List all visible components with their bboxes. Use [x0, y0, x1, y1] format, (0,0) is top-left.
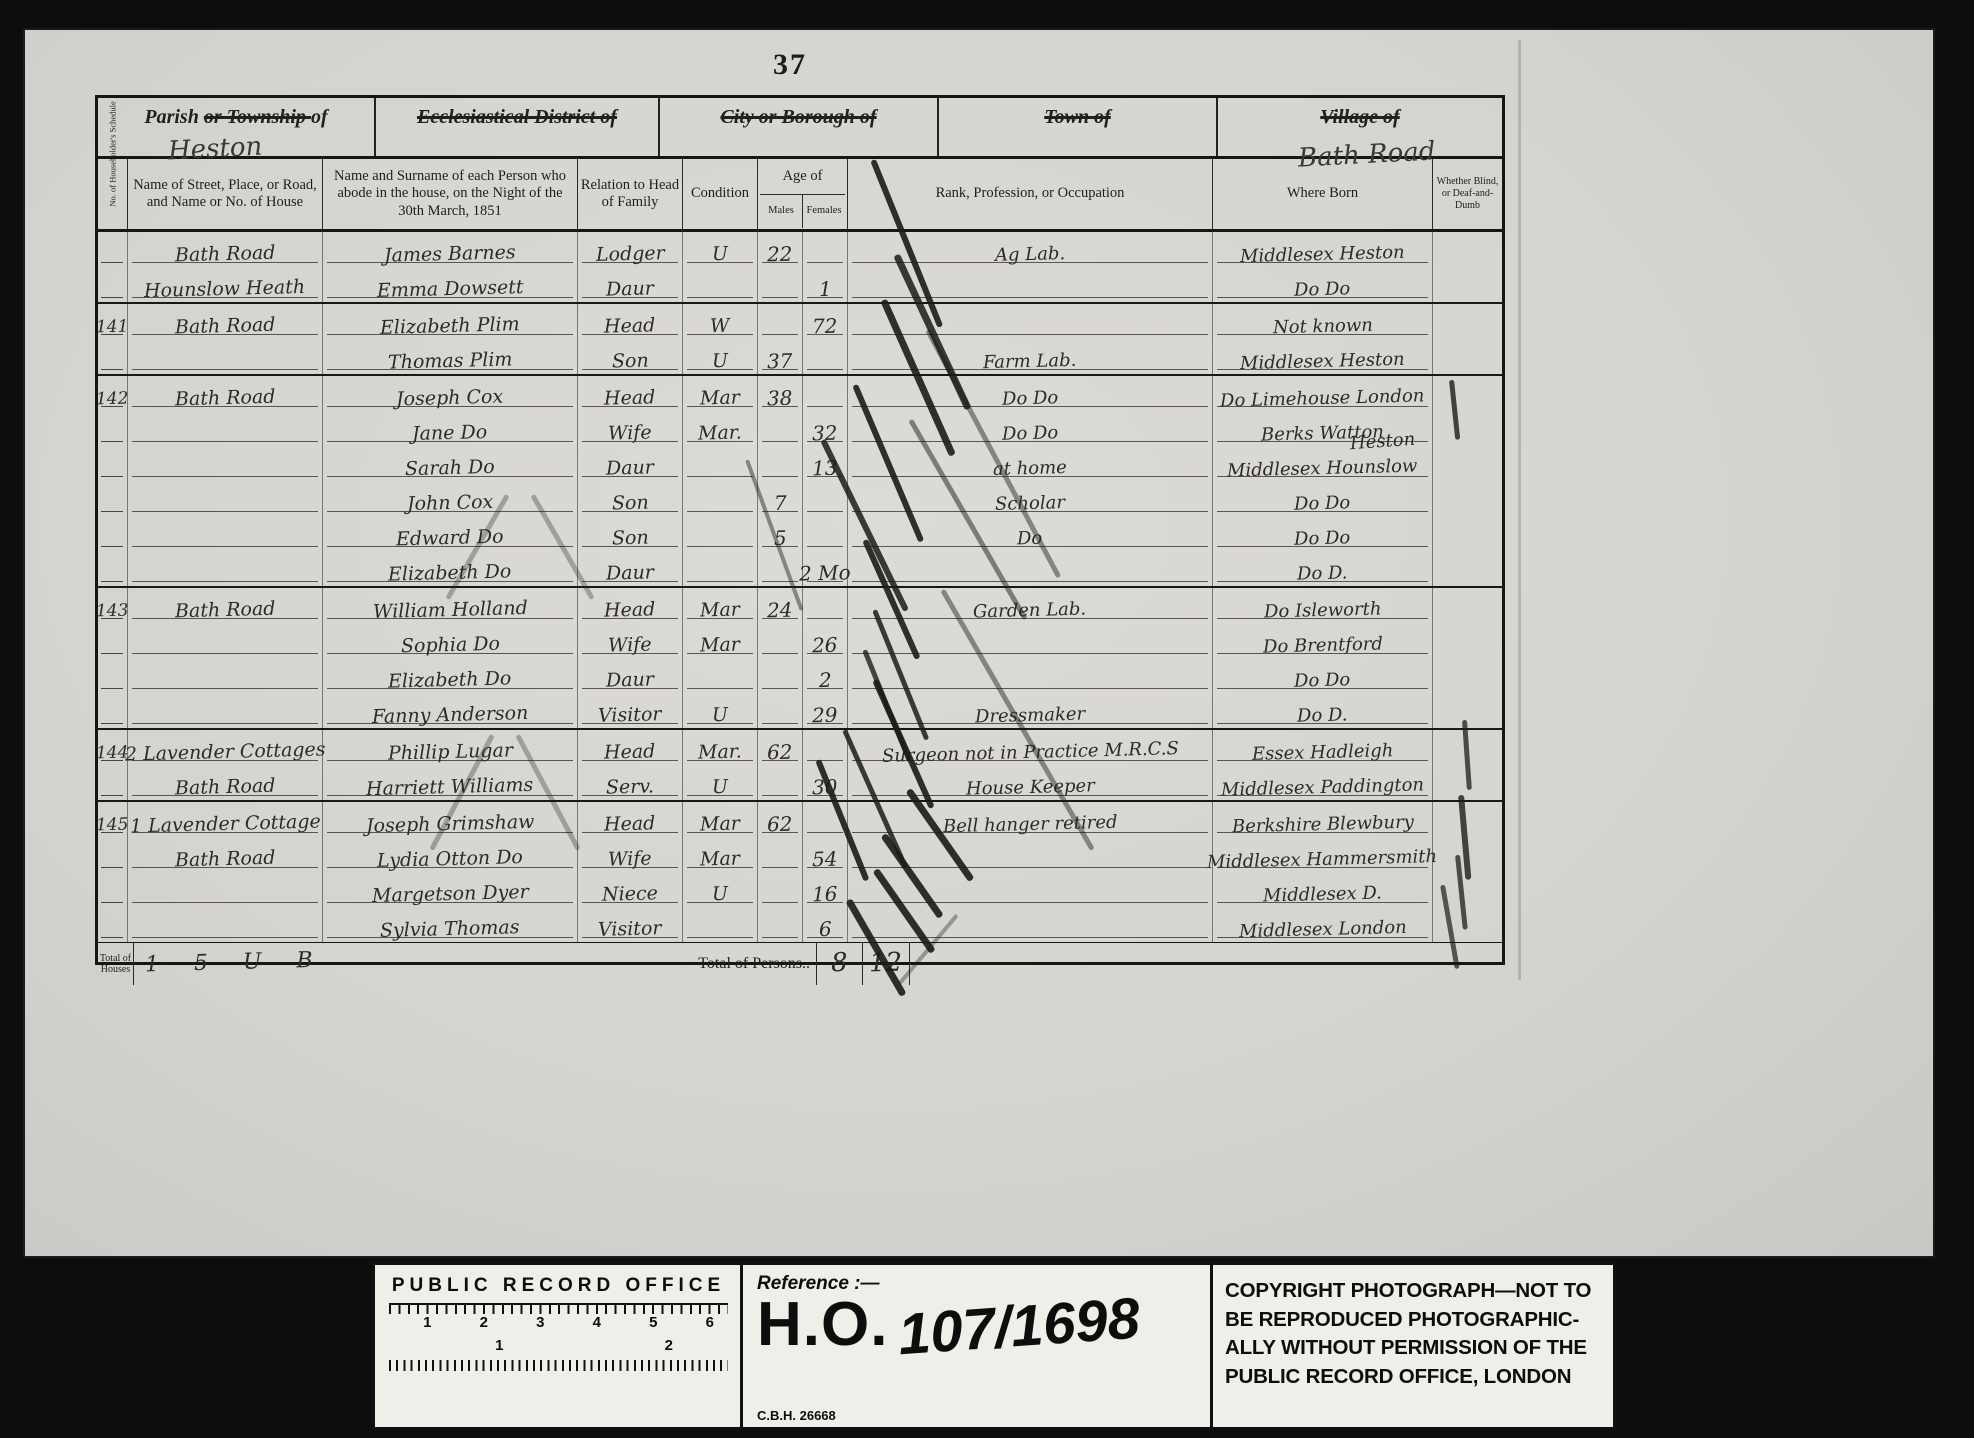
entry-condition: U [709, 885, 732, 905]
entry-age_m: 7 [770, 493, 789, 513]
cell-age_m [758, 446, 803, 481]
cell-schedule [98, 411, 128, 446]
entry-relation: Visitor [595, 705, 665, 726]
col-header-address: Name of Street, Place, or Road, and Name… [128, 159, 323, 229]
entry-name: Lydia Otton Do [374, 848, 526, 871]
entry-age_f: 54 [809, 849, 841, 870]
entry-age_m: 22 [764, 244, 796, 265]
cell-blind [1433, 588, 1502, 623]
column-header-band: No. of Householder's Schedule Name of St… [98, 159, 1502, 232]
cell-schedule [98, 693, 128, 728]
stamp-reference-panel: Reference :— H.O. 107/1698 C.B.H. 26668 [743, 1265, 1213, 1427]
census-row: Bath RoadLydia Otton DoWifeMar54Middlese… [98, 837, 1502, 872]
cell-name: Fanny Anderson [323, 693, 578, 728]
entry-address: Bath Road [172, 244, 279, 266]
total-houses-label: Total of Houses [98, 943, 134, 985]
cell-condition: Mar. [683, 411, 758, 446]
cell-condition [683, 516, 758, 551]
census-row: Sylvia ThomasVisitor6Middlesex London [98, 907, 1502, 942]
cell-schedule [98, 339, 128, 374]
copyright-line: BE REPRODUCED PHOTOGRAPHIC- [1225, 1306, 1603, 1335]
field-parish-label: Parish or Township of [98, 106, 374, 129]
cell-born: Do Brentford [1213, 623, 1433, 658]
reference-series: H.O. [757, 1297, 888, 1353]
entry-relation: Head [601, 388, 659, 408]
entry-born: Do Limehouse London [1217, 387, 1428, 411]
cell-relation: Head [578, 304, 683, 339]
entry-occupation: Ag Lab. [992, 245, 1069, 265]
cell-blind [1433, 623, 1502, 658]
cell-schedule [98, 551, 128, 586]
entry-address: 1 Lavender Cottage [126, 812, 323, 836]
entry-age_f: 2 Mo [796, 562, 854, 584]
field-village: Village of Bath Road [1218, 98, 1502, 156]
field-city-borough-label: City or Borough of [660, 106, 937, 129]
entry-occupation: Dressmaker [972, 705, 1089, 726]
cell-schedule [98, 481, 128, 516]
cell-relation: Head [578, 802, 683, 837]
entry-relation: Serv. [603, 777, 657, 797]
stamp-copyright-panel: COPYRIGHT PHOTOGRAPH—NOT TOBE REPRODUCED… [1213, 1265, 1613, 1427]
field-city-borough: City or Borough of [660, 98, 939, 156]
entry-relation: Visitor [595, 919, 665, 940]
cell-condition [683, 551, 758, 586]
cell-schedule: 141 [98, 304, 128, 339]
cell-age_m: 62 [758, 802, 803, 837]
cell-born: Middlesex London [1213, 907, 1433, 942]
entry-relation: Head [601, 316, 659, 336]
census-row: 1451 Lavender CottageJoseph GrimshawHead… [98, 802, 1502, 837]
cell-relation: Wife [578, 837, 683, 872]
cell-name: Elizabeth Do [323, 658, 578, 693]
total-houses-value: 1 5 U B [134, 943, 384, 985]
cell-blind [1433, 907, 1502, 942]
ruler-inch-number: 6 [672, 1314, 729, 1331]
cell-condition: U [683, 693, 758, 728]
cell-address [128, 872, 323, 907]
entry-name: Thomas Plim [385, 350, 516, 372]
cell-schedule: 143 [98, 588, 128, 623]
entry-address: Bath Road [172, 849, 279, 871]
entry-name: William Holland [369, 599, 530, 622]
cell-condition: W [683, 304, 758, 339]
cell-address: 1 Lavender Cottage [128, 802, 323, 837]
cell-blind [1433, 267, 1502, 302]
entry-born: Do Brentford [1259, 635, 1385, 656]
cell-condition: Mar. [683, 730, 758, 765]
cell-relation: Wife [578, 411, 683, 446]
entry-age_f: 6 [815, 919, 834, 939]
entry-address: Hounslow Heath [141, 278, 309, 301]
entry-name: Phillip Lugar [384, 741, 515, 763]
entry-age_f: 2 [815, 670, 834, 690]
entry-born: Middlesex Heston [1237, 244, 1408, 266]
census-row: Bath RoadHarriett WilliamsServ.U30House … [98, 765, 1502, 802]
cell-age_m [758, 765, 803, 800]
entry-address: Bath Road [172, 600, 279, 622]
entry-schedule: 143 [93, 602, 132, 620]
col-header-condition: Condition [683, 159, 758, 229]
cell-born: Do D. [1213, 693, 1433, 728]
ruler-cm-number: 1 [389, 1337, 559, 1354]
census-row: Elizabeth DoDaur2 MoDo D. [98, 551, 1502, 588]
cell-name: James Barnes [323, 232, 578, 267]
census-rows: Bath RoadJames BarnesLodgerU22Ag Lab.Mid… [98, 232, 1502, 942]
cell-born: Middlesex Heston [1213, 232, 1433, 267]
entry-relation: Lodger [592, 244, 667, 265]
entry-name: Elizabeth Plim [377, 315, 523, 338]
cell-relation: Serv. [578, 765, 683, 800]
cell-relation: Daur [578, 267, 683, 302]
entry-occupation: Bell hanger retired [940, 814, 1121, 837]
census-row: Thomas PlimSonU37Farm Lab.Middlesex Hest… [98, 339, 1502, 376]
entry-condition: U [709, 245, 732, 265]
cell-address [128, 658, 323, 693]
cell-age_m [758, 872, 803, 907]
cell-age_m [758, 837, 803, 872]
entry-relation: Daur [603, 279, 657, 299]
cell-born: Do Do [1213, 658, 1433, 693]
stamp-ruler-panel: PUBLIC RECORD OFFICE 123456 12 [375, 1265, 743, 1427]
cell-condition: U [683, 872, 758, 907]
census-row: Bath RoadJames BarnesLodgerU22Ag Lab.Mid… [98, 232, 1502, 267]
cell-schedule [98, 658, 128, 693]
entry-age_m: 38 [764, 388, 796, 409]
copyright-line: PUBLIC RECORD OFFICE, LONDON [1225, 1363, 1603, 1392]
entry-address: Bath Road [172, 777, 279, 799]
stamp-code: C.B.H. 26668 [757, 1408, 836, 1423]
census-row: Sarah DoDaur13at homeMiddlesex HounslowH… [98, 446, 1502, 481]
cell-blind [1433, 339, 1502, 374]
cell-address [128, 907, 323, 942]
census-row: Fanny AndersonVisitorU29DressmakerDo D. [98, 693, 1502, 730]
entry-born: Do Do [1291, 494, 1354, 514]
entry-relation: Daur [603, 670, 657, 690]
entry-name: Joseph Cox [393, 388, 507, 410]
cell-age_m [758, 304, 803, 339]
cell-age_f: 72 [803, 304, 848, 339]
cell-name: Lydia Otton Do [323, 837, 578, 872]
cell-blind [1433, 376, 1502, 411]
cell-age_f [803, 516, 848, 551]
entry-condition: Mar [697, 635, 743, 655]
entry-name: Margetson Dyer [368, 883, 531, 906]
entry-relation: Daur [603, 458, 657, 478]
entry-age_f: 29 [809, 705, 841, 726]
cell-born: Not known [1213, 304, 1433, 339]
entry-condition: Mar. [695, 742, 745, 762]
cell-name: Edward Do [323, 516, 578, 551]
cell-age_m [758, 267, 803, 302]
field-parish: Parish or Township of Heston [98, 98, 376, 156]
cell-name: Sophia Do [323, 623, 578, 658]
cell-age_m [758, 693, 803, 728]
cell-address [128, 551, 323, 586]
cell-condition: U [683, 339, 758, 374]
entry-born: Middlesex Paddington [1218, 776, 1427, 799]
cell-schedule [98, 907, 128, 942]
cell-name: Thomas Plim [323, 339, 578, 374]
cell-born: Middlesex Heston [1213, 339, 1433, 374]
cell-schedule [98, 267, 128, 302]
col-header-blind: Whether Blind, or Deaf-and-Dumb [1433, 159, 1502, 229]
cell-schedule: 145 [98, 802, 128, 837]
cell-age_f: 2 Mo [803, 551, 848, 586]
census-row: Elizabeth DoDaur2Do Do [98, 658, 1502, 693]
cell-born: Do Do [1213, 481, 1433, 516]
born-correction: Heston [1346, 431, 1418, 454]
cell-address: 2 Lavender Cottages [128, 730, 323, 765]
cell-blind [1433, 551, 1502, 586]
cell-born: Do Limehouse London [1213, 376, 1433, 411]
entry-name: Harriett Williams [363, 776, 537, 800]
entry-name: James Barnes [381, 243, 519, 266]
entry-condition: U [709, 352, 732, 372]
cell-occupation: Dressmaker [848, 693, 1213, 728]
entry-born: Do Do [1291, 529, 1354, 549]
cell-age_f [803, 376, 848, 411]
entry-born: Do D. [1294, 564, 1351, 583]
field-village-label: Village of [1218, 106, 1502, 129]
entry-name: Fanny Anderson [369, 704, 532, 727]
cell-address: Bath Road [128, 588, 323, 623]
cell-relation: Head [578, 588, 683, 623]
entry-condition: W [707, 317, 733, 337]
cell-address [128, 623, 323, 658]
entry-age_m: 24 [764, 600, 796, 621]
ruler-cm-number: 2 [559, 1337, 729, 1354]
entry-born: Middlesex London [1235, 919, 1409, 942]
cell-age_f: 6 [803, 907, 848, 942]
cell-age_m [758, 411, 803, 446]
totals-row-blank [910, 943, 1502, 985]
cell-name: Elizabeth Plim [323, 304, 578, 339]
census-photograph: { "page_number": "37", "top_fields": [ {… [0, 0, 1974, 1438]
district-header-band: Parish or Township of Heston Ecclesiasti… [98, 98, 1502, 159]
ruler-inch-number: 3 [502, 1314, 559, 1331]
entry-name: Emma Dowsett [374, 278, 527, 301]
cell-name: Sylvia Thomas [323, 907, 578, 942]
census-row: Jane DoWifeMar.32Do DoBerks Watton [98, 411, 1502, 446]
entry-schedule: 142 [93, 390, 132, 408]
entry-condition: Mar [697, 600, 743, 620]
entry-relation: Wife [605, 635, 655, 655]
cell-age_f: 1 [803, 267, 848, 302]
cell-blind [1433, 446, 1502, 481]
entry-occupation: Garden Lab. [970, 600, 1090, 621]
cell-schedule [98, 232, 128, 267]
entry-relation: Head [601, 742, 659, 762]
entry-condition: Mar [697, 814, 743, 834]
cell-age_m [758, 907, 803, 942]
entry-occupation: Scholar [992, 494, 1068, 514]
cell-born: Do Do [1213, 516, 1433, 551]
entry-relation: Wife [605, 849, 655, 869]
cell-address: Bath Road [128, 304, 323, 339]
cell-age_f: 54 [803, 837, 848, 872]
cell-age_m: 62 [758, 730, 803, 765]
col-header-relation: Relation to Head of Family [578, 159, 683, 229]
entry-relation: Head [601, 814, 659, 834]
entry-name: Sylvia Thomas [377, 918, 523, 941]
cell-relation: Daur [578, 658, 683, 693]
entry-name: John Cox [404, 493, 497, 514]
field-ecclesiastical-label: Ecclesiastical District of [376, 106, 658, 129]
cell-age_m: 22 [758, 232, 803, 267]
ruler-inch-number: 4 [559, 1314, 616, 1331]
cell-born: Do Isleworth [1213, 588, 1433, 623]
cell-address [128, 481, 323, 516]
paper-crease [1518, 40, 1521, 980]
entry-condition: Mar. [695, 423, 745, 443]
cell-born: Middlesex D. [1213, 872, 1433, 907]
cell-schedule: 142 [98, 376, 128, 411]
entry-occupation: Farm Lab. [980, 352, 1080, 373]
entry-relation: Son [608, 351, 651, 371]
field-town: Town of [939, 98, 1218, 156]
entry-born: Middlesex Heston [1237, 351, 1408, 373]
entry-occupation: House Keeper [962, 777, 1097, 799]
census-row: 141Bath RoadElizabeth PlimHeadW72Not kno… [98, 304, 1502, 339]
cell-relation: Wife [578, 623, 683, 658]
cell-born: Berkshire Blewbury [1213, 802, 1433, 837]
cell-blind [1433, 304, 1502, 339]
cell-name: Phillip Lugar [323, 730, 578, 765]
cell-occupation: Do Do [848, 376, 1213, 411]
cell-born: Essex Hadleigh [1213, 730, 1433, 765]
cell-schedule [98, 446, 128, 481]
cell-born: Middlesex HounslowHeston [1213, 446, 1433, 481]
ruler-inch-number: 5 [615, 1314, 672, 1331]
stamp-office-title: PUBLIC RECORD OFFICE [389, 1275, 728, 1297]
public-record-office-stamp: PUBLIC RECORD OFFICE 123456 12 Reference… [372, 1262, 1616, 1430]
field-town-label: Town of [939, 106, 1216, 129]
entry-age_f: 26 [809, 635, 841, 656]
cell-address: Hounslow Heath [128, 267, 323, 302]
cell-condition [683, 267, 758, 302]
col-header-age: Age of Males Females [758, 159, 848, 229]
cell-condition: Mar [683, 837, 758, 872]
ruler-inch-number: 1 [389, 1314, 446, 1331]
entry-age_f: 16 [809, 884, 841, 905]
reference-number: 107/1698 [897, 1292, 1142, 1361]
cell-occupation: House Keeper [848, 765, 1213, 800]
cell-occupation [848, 872, 1213, 907]
entry-schedule: 141 [93, 318, 132, 336]
copyright-line: ALLY WITHOUT PERMISSION OF THE [1225, 1334, 1603, 1363]
entry-condition: U [709, 778, 732, 798]
col-header-age-females: Females [803, 195, 845, 228]
cell-age_f: 29 [803, 693, 848, 728]
cell-age_f [803, 232, 848, 267]
cell-relation: Lodger [578, 232, 683, 267]
cell-schedule [98, 623, 128, 658]
cell-schedule [98, 765, 128, 800]
census-row: 1442 Lavender CottagesPhillip LugarHeadM… [98, 730, 1502, 765]
total-males: 8 [816, 943, 863, 985]
cell-condition: Mar [683, 623, 758, 658]
cell-schedule [98, 872, 128, 907]
census-row: Margetson DyerNieceU16Middlesex D. [98, 872, 1502, 907]
entry-occupation: Do Do [999, 424, 1062, 444]
cell-blind [1433, 693, 1502, 728]
entry-born: Essex Hadleigh [1249, 742, 1397, 764]
cell-address: Bath Road [128, 837, 323, 872]
cell-born: Middlesex Paddington [1213, 765, 1433, 800]
cell-blind [1433, 658, 1502, 693]
col-header-age-males: Males [760, 195, 803, 228]
cell-condition [683, 907, 758, 942]
cell-condition: Mar [683, 802, 758, 837]
census-row: 142Bath RoadJoseph CoxHeadMar38Do DoDo L… [98, 376, 1502, 411]
cell-condition: U [683, 765, 758, 800]
cell-occupation: Bell hanger retired [848, 802, 1213, 837]
entry-age_f: 1 [815, 279, 834, 299]
entry-born: Do Isleworth [1261, 600, 1385, 621]
ruler-inch-number: 2 [446, 1314, 503, 1331]
cell-born: Middlesex Hammersmith [1213, 837, 1433, 872]
entry-name: Sarah Do [402, 458, 498, 479]
entry-born: Middlesex Hounslow [1224, 457, 1421, 480]
cell-blind [1433, 802, 1502, 837]
cell-relation: Daur [578, 446, 683, 481]
cell-relation: Visitor [578, 907, 683, 942]
field-parish-value: Heston [167, 132, 263, 167]
cell-age_f [803, 339, 848, 374]
cell-age_f: 26 [803, 623, 848, 658]
entry-name: Edward Do [393, 528, 507, 550]
total-persons-label: Total of Persons.. [384, 943, 816, 985]
cell-name: Sarah Do [323, 446, 578, 481]
cell-address [128, 693, 323, 728]
cell-address [128, 411, 323, 446]
cell-condition: Mar [683, 588, 758, 623]
entry-occupation: Do Do [999, 389, 1062, 409]
cell-age_m [758, 623, 803, 658]
entry-relation: Daur [603, 563, 657, 583]
entry-address: 2 Lavender Cottages [122, 740, 329, 764]
cell-name: Jane Do [323, 411, 578, 446]
census-table: Parish or Township of Heston Ecclesiasti… [95, 95, 1505, 965]
cell-address [128, 339, 323, 374]
entry-relation: Niece [599, 884, 661, 905]
cell-name: Elizabeth Do [323, 551, 578, 586]
census-row: Edward DoSon5DoDo Do [98, 516, 1502, 551]
census-row: Hounslow HeathEmma DowsettDaur1Do Do [98, 267, 1502, 304]
entry-name: Sophia Do [397, 635, 502, 657]
cell-age_m [758, 658, 803, 693]
entry-address: Bath Road [172, 316, 279, 338]
cell-condition: Mar [683, 376, 758, 411]
entry-born: Do D. [1294, 706, 1351, 725]
cell-address [128, 446, 323, 481]
cell-born: Do Do [1213, 267, 1433, 302]
entry-relation: Son [608, 528, 651, 548]
cell-relation: Head [578, 376, 683, 411]
entry-name: Elizabeth Do [385, 669, 515, 691]
cell-relation: Head [578, 730, 683, 765]
cell-blind [1433, 411, 1502, 446]
cell-address [128, 516, 323, 551]
col-header-schedule: No. of Householder's Schedule [98, 159, 128, 229]
cell-condition [683, 481, 758, 516]
entry-born: Berkshire Blewbury [1228, 814, 1416, 837]
cell-occupation [848, 551, 1213, 586]
entry-born: Middlesex D. [1260, 884, 1385, 905]
cell-age_f: 2 [803, 658, 848, 693]
entry-born: Not known [1269, 317, 1375, 338]
cell-blind [1433, 232, 1502, 267]
